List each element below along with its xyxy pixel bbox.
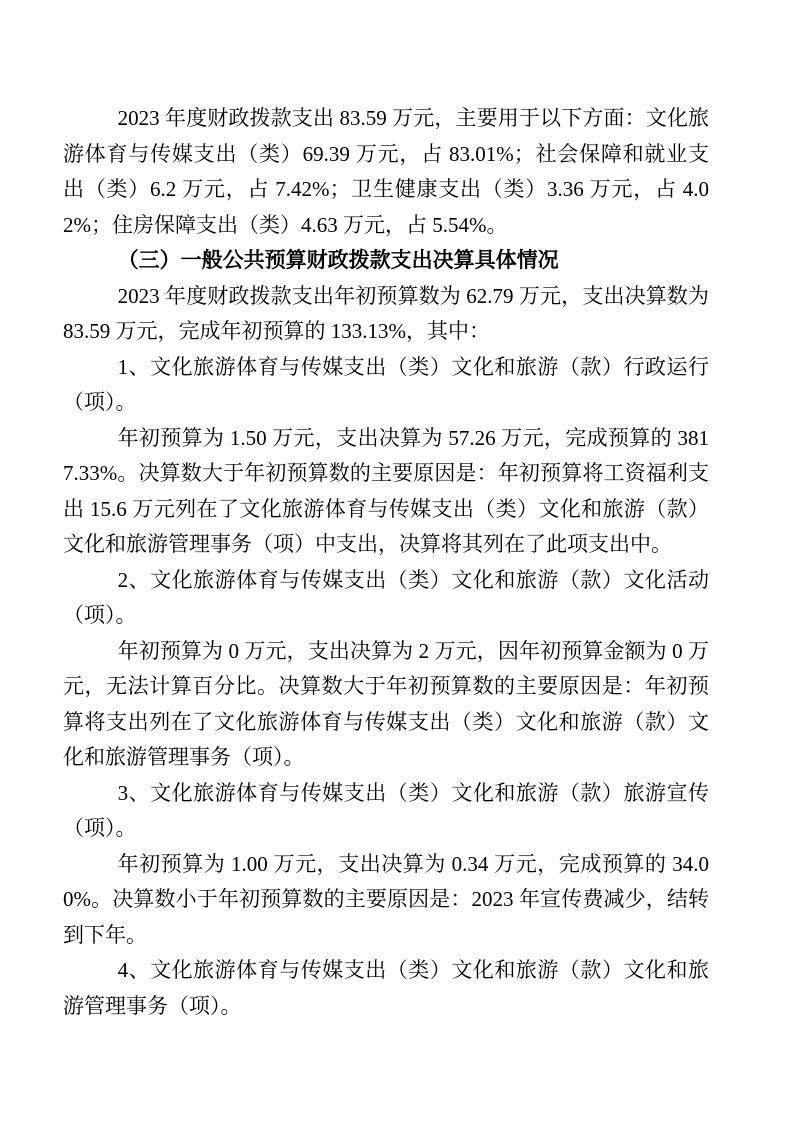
paragraph-item-1-title: 1、文化旅游体育与传媒支出（类）文化和旅游（款）行政运行（项）。 [63, 350, 709, 421]
paragraph-item-1-detail: 年初预算为 1.50 万元，支出决算为 57.26 万元，完成预算的 3817.… [63, 421, 709, 563]
document-page: 2023 年度财政拨款支出 83.59 万元，主要用于以下方面：文化旅游体育与传… [0, 0, 793, 1122]
section-heading-general-public-budget: （三）一般公共预算财政拨款支出决算具体情况 [63, 243, 709, 279]
paragraph-item-4-title: 4、文化旅游体育与传媒支出（类）文化和旅游（款）文化和旅游管理事务（项）。 [63, 953, 709, 1024]
paragraph-item-3-detail: 年初预算为 1.00 万元，支出决算为 0.34 万元，完成预算的 34.00%… [63, 847, 709, 954]
paragraph-item-3-title: 3、文化旅游体育与传媒支出（类）文化和旅游（款）旅游宣传（项）。 [63, 776, 709, 847]
paragraph-budget-vs-final: 2023 年度财政拨款支出年初预算数为 62.79 万元，支出决算数为 83.5… [63, 279, 709, 350]
paragraph-funding-usage-summary: 2023 年度财政拨款支出 83.59 万元，主要用于以下方面：文化旅游体育与传… [63, 101, 709, 243]
paragraph-item-2-detail: 年初预算为 0 万元，支出决算为 2 万元，因年初预算金额为 0 万元，无法计算… [63, 634, 709, 776]
paragraph-item-2-title: 2、文化旅游体育与传媒支出（类）文化和旅游（款）文化活动（项）。 [63, 563, 709, 634]
